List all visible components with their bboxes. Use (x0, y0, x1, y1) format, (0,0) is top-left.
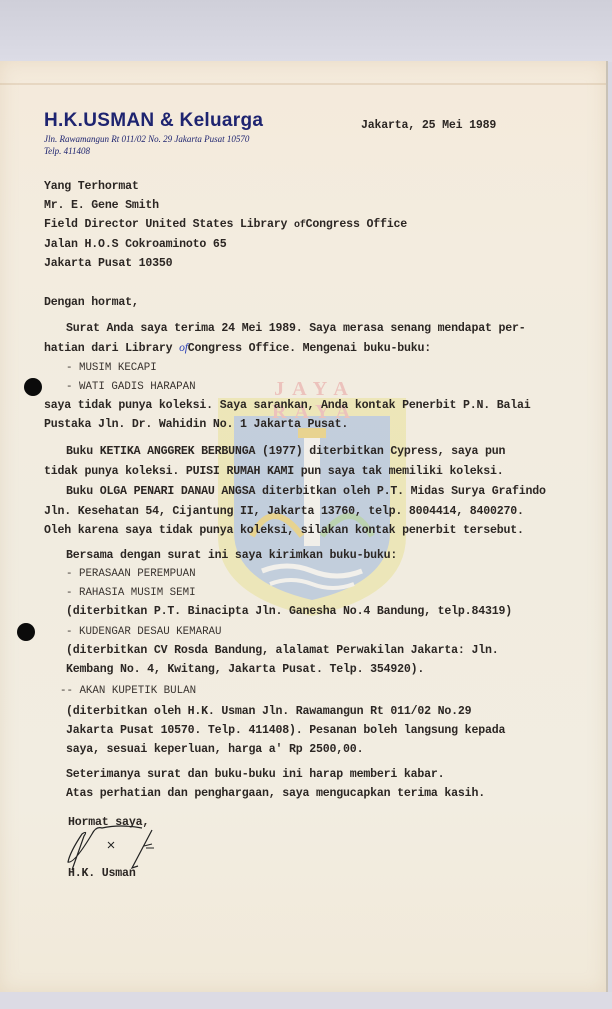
scanner-background-bottom (0, 992, 612, 1009)
book-list-item: - PERASAAN PEREMPUAN (66, 568, 196, 580)
recipient-title-text: Congress Office (306, 218, 407, 231)
signer-name: H.K. Usman (68, 867, 136, 880)
letter-date: Jakarta, 25 Mei 1989 (361, 119, 496, 132)
punch-hole-icon (17, 623, 35, 641)
book-list-item: - WATI GADIS HARAPAN (66, 381, 196, 393)
recipient-title-text: Field Director United States Library (44, 218, 294, 231)
body-line: Buku OLGA PENARI DANAU ANGSA diterbitkan… (66, 485, 546, 498)
body-line: tidak punya koleksi. PUISI RUMAH KAMI pu… (44, 465, 504, 478)
letterhead-name: H.K.USMAN & Keluarga (44, 110, 263, 132)
letterhead-phone: Telp. 411408 (44, 146, 90, 156)
recipient-city: Jakarta Pusat 10350 (44, 257, 172, 270)
book-list-item: - KUDENGAR DESAU KEMARAU (66, 626, 222, 638)
body-line: Buku KETIKA ANGGREK BERBUNGA (1977) dite… (66, 445, 505, 458)
body-line: Pustaka Jln. Dr. Wahidin No. 1 Jakarta P… (44, 418, 348, 431)
recipient-title-of: of (294, 220, 306, 231)
recipient-title: Field Director United States Library ofC… (44, 218, 407, 231)
body-text: hatian dari Library (44, 342, 179, 355)
body-text: Congress Office. Mengenai buku-buku: (188, 342, 431, 355)
body-line: Bersama dengan surat ini saya kirimkan b… (66, 549, 397, 562)
body-line: (diterbitkan oleh H.K. Usman Jln. Rawama… (66, 705, 471, 718)
body-line: Surat Anda saya terima 24 Mei 1989. Saya… (66, 322, 526, 335)
greeting: Dengan hormat, (44, 296, 139, 309)
body-line: (diterbitkan P.T. Binacipta Jln. Ganesha… (66, 605, 512, 618)
paper-fold-line (0, 83, 606, 85)
book-list-item: - MUSIM KECAPI (66, 362, 157, 374)
punch-hole-icon (24, 378, 42, 396)
body-line: Kembang No. 4, Kwitang, Jakarta Pusat. T… (66, 663, 424, 676)
recipient-salutation: Yang Terhormat (44, 180, 139, 193)
book-list-item: - RAHASIA MUSIM SEMI (66, 587, 196, 599)
body-line: Jakarta Pusat 10570. Telp. 411408). Pesa… (66, 724, 505, 737)
scanner-background-top (0, 0, 612, 62)
body-line: Jln. Kesehatan 54, Cijantung II, Jakarta… (44, 505, 524, 518)
recipient-name: Mr. E. Gene Smith (44, 199, 159, 212)
body-line: saya, sesuai keperluan, harga a' Rp 2500… (66, 743, 363, 756)
body-line: Atas perhatian dan penghargaan, saya men… (66, 787, 485, 800)
body-line: saya tidak punya koleksi. Saya sarankan,… (44, 399, 531, 412)
letterhead-address: Jln. Rawamangun Rt 011/02 No. 29 Jakarta… (44, 134, 249, 144)
body-line: Seterimanya surat dan buku-buku ini hara… (66, 768, 444, 781)
recipient-street: Jalan H.O.S Cokroaminoto 65 (44, 238, 226, 251)
body-line: Oleh karena saya tidak punya koleksi, si… (44, 524, 524, 537)
body-line: hatian dari Library ofCongress Office. M… (44, 341, 431, 355)
body-line: (diterbitkan CV Rosda Bandung, alalamat … (66, 644, 498, 657)
handwritten-correction: of (179, 341, 188, 354)
book-list-item: -- AKAN KUPETIK BULAN (60, 685, 196, 697)
